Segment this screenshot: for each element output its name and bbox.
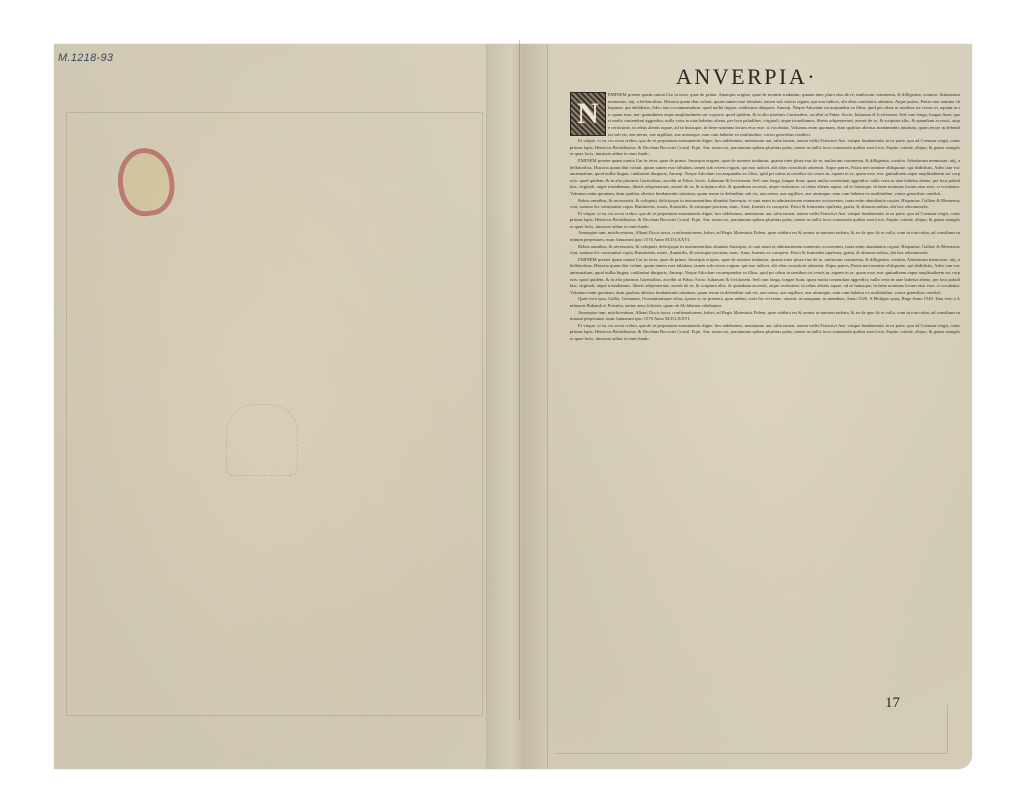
paragraph: EMINEM praeter quam omnia Cur in terra, …	[570, 92, 960, 138]
paragraph: Anuerpiae tum, mirificentium, Albani Duc…	[570, 310, 960, 323]
paragraph: Quae vero ipsa, Gallia, Germania, Oceani…	[570, 296, 960, 309]
paragraph: EMINEM praeter quam omnia Cur in terra, …	[570, 158, 960, 198]
paragraph: Rebus omnibus, & necessariis, & voluptat…	[570, 198, 960, 211]
paragraph: Et vtique, vt ea, res recta crebro, qua …	[570, 138, 960, 158]
page-number: 17	[885, 695, 900, 712]
paragraph: Anuerpiae tum, mirificentium, Albani Duc…	[570, 230, 960, 243]
paragraph: Rebus omnibus, & necessariis, & voluptat…	[570, 244, 960, 257]
center-fold-seam	[486, 44, 548, 769]
paragraph: Et vtique, vt ea, res recta crebro, qua …	[570, 323, 960, 343]
fold-line	[519, 40, 520, 720]
decorated-initial: N	[570, 92, 606, 136]
show-through-emblem	[226, 404, 298, 476]
paragraph: EMINEM praeter quam omnia Cur in terra, …	[570, 257, 960, 297]
paragraph: Et vtique, vt ea, res recta crebro, qua …	[570, 211, 960, 231]
inventory-mark: M.1218-93	[58, 52, 113, 64]
page-title: ANVERPIA·	[676, 64, 817, 90]
body-text: EMINEM praeter quam omnia Cur in terra, …	[570, 92, 960, 704]
right-plate-mark	[555, 705, 948, 754]
